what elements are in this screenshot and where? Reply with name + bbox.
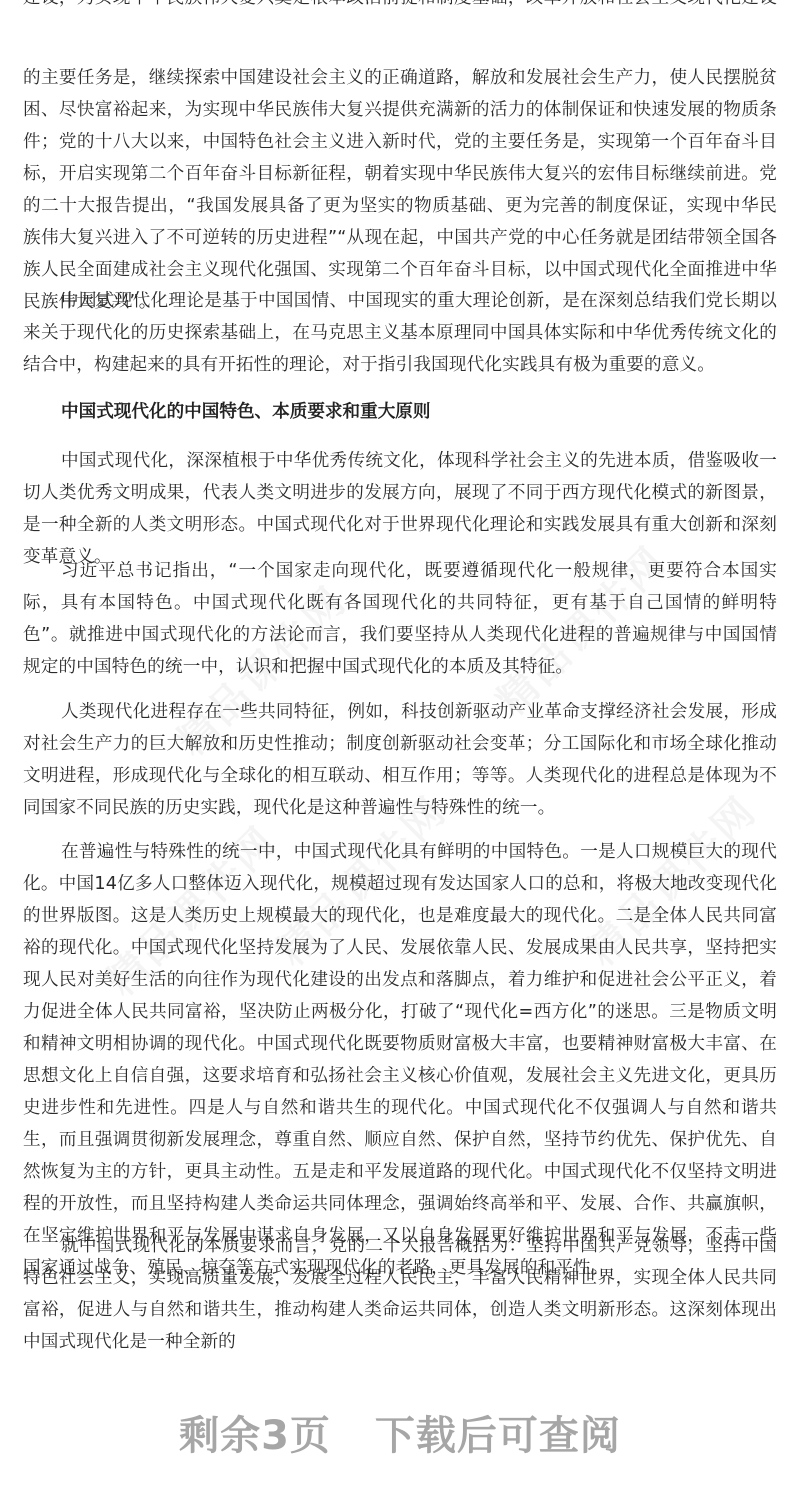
paragraph: 中国式现代化理论是基于中国国情、中国现实的重大理论创新，是在深刻总结我们党长期以… xyxy=(23,285,777,381)
cut-off-line: 建设，为实现中华民族伟大复兴奠定根本政治前提和制度基础，改革开放和社会主义现代化… xyxy=(23,0,777,10)
download-to-view-banner[interactable]: 剩余3页下载后可查阅 xyxy=(0,1404,800,1461)
document-page: 精品课件网 精品课件网 精品课件网 精品课件网 精品课件网 建设，为实现中华民族… xyxy=(0,0,800,1508)
paragraph: 的主要任务是，继续探索中国建设社会主义的正确道路，解放和发展社会生产力，使人民摆… xyxy=(23,62,777,318)
section-heading: 中国式现代化的中国特色、本质要求和重大原则 xyxy=(61,396,430,428)
paragraph: 就中国式现代化的本质要求而言，党的二十大报告概括为：坚持中国共产党领导，坚持中国… xyxy=(23,1230,777,1358)
paragraph: 中国式现代化，深深植根于中华优秀传统文化，体现科学社会主义的先进本质，借鉴吸收一… xyxy=(23,445,777,573)
paragraph: 习近平总书记指出，“一个国家走向现代化，既要遵循现代化一般规律，更要符合本国实际… xyxy=(23,555,777,683)
remaining-pages-label: 剩余3页 xyxy=(179,1413,331,1459)
paragraph: 人类现代化进程存在一些共同特征，例如，科技创新驱动产业革命支撑经济社会发展，形成… xyxy=(23,696,777,824)
download-prompt-label: 下载后可查阅 xyxy=(375,1413,621,1459)
paragraph: 在普遍性与特殊性的统一中，中国式现代化具有鲜明的中国特色。一是人口规模巨大的现代… xyxy=(23,836,777,1284)
